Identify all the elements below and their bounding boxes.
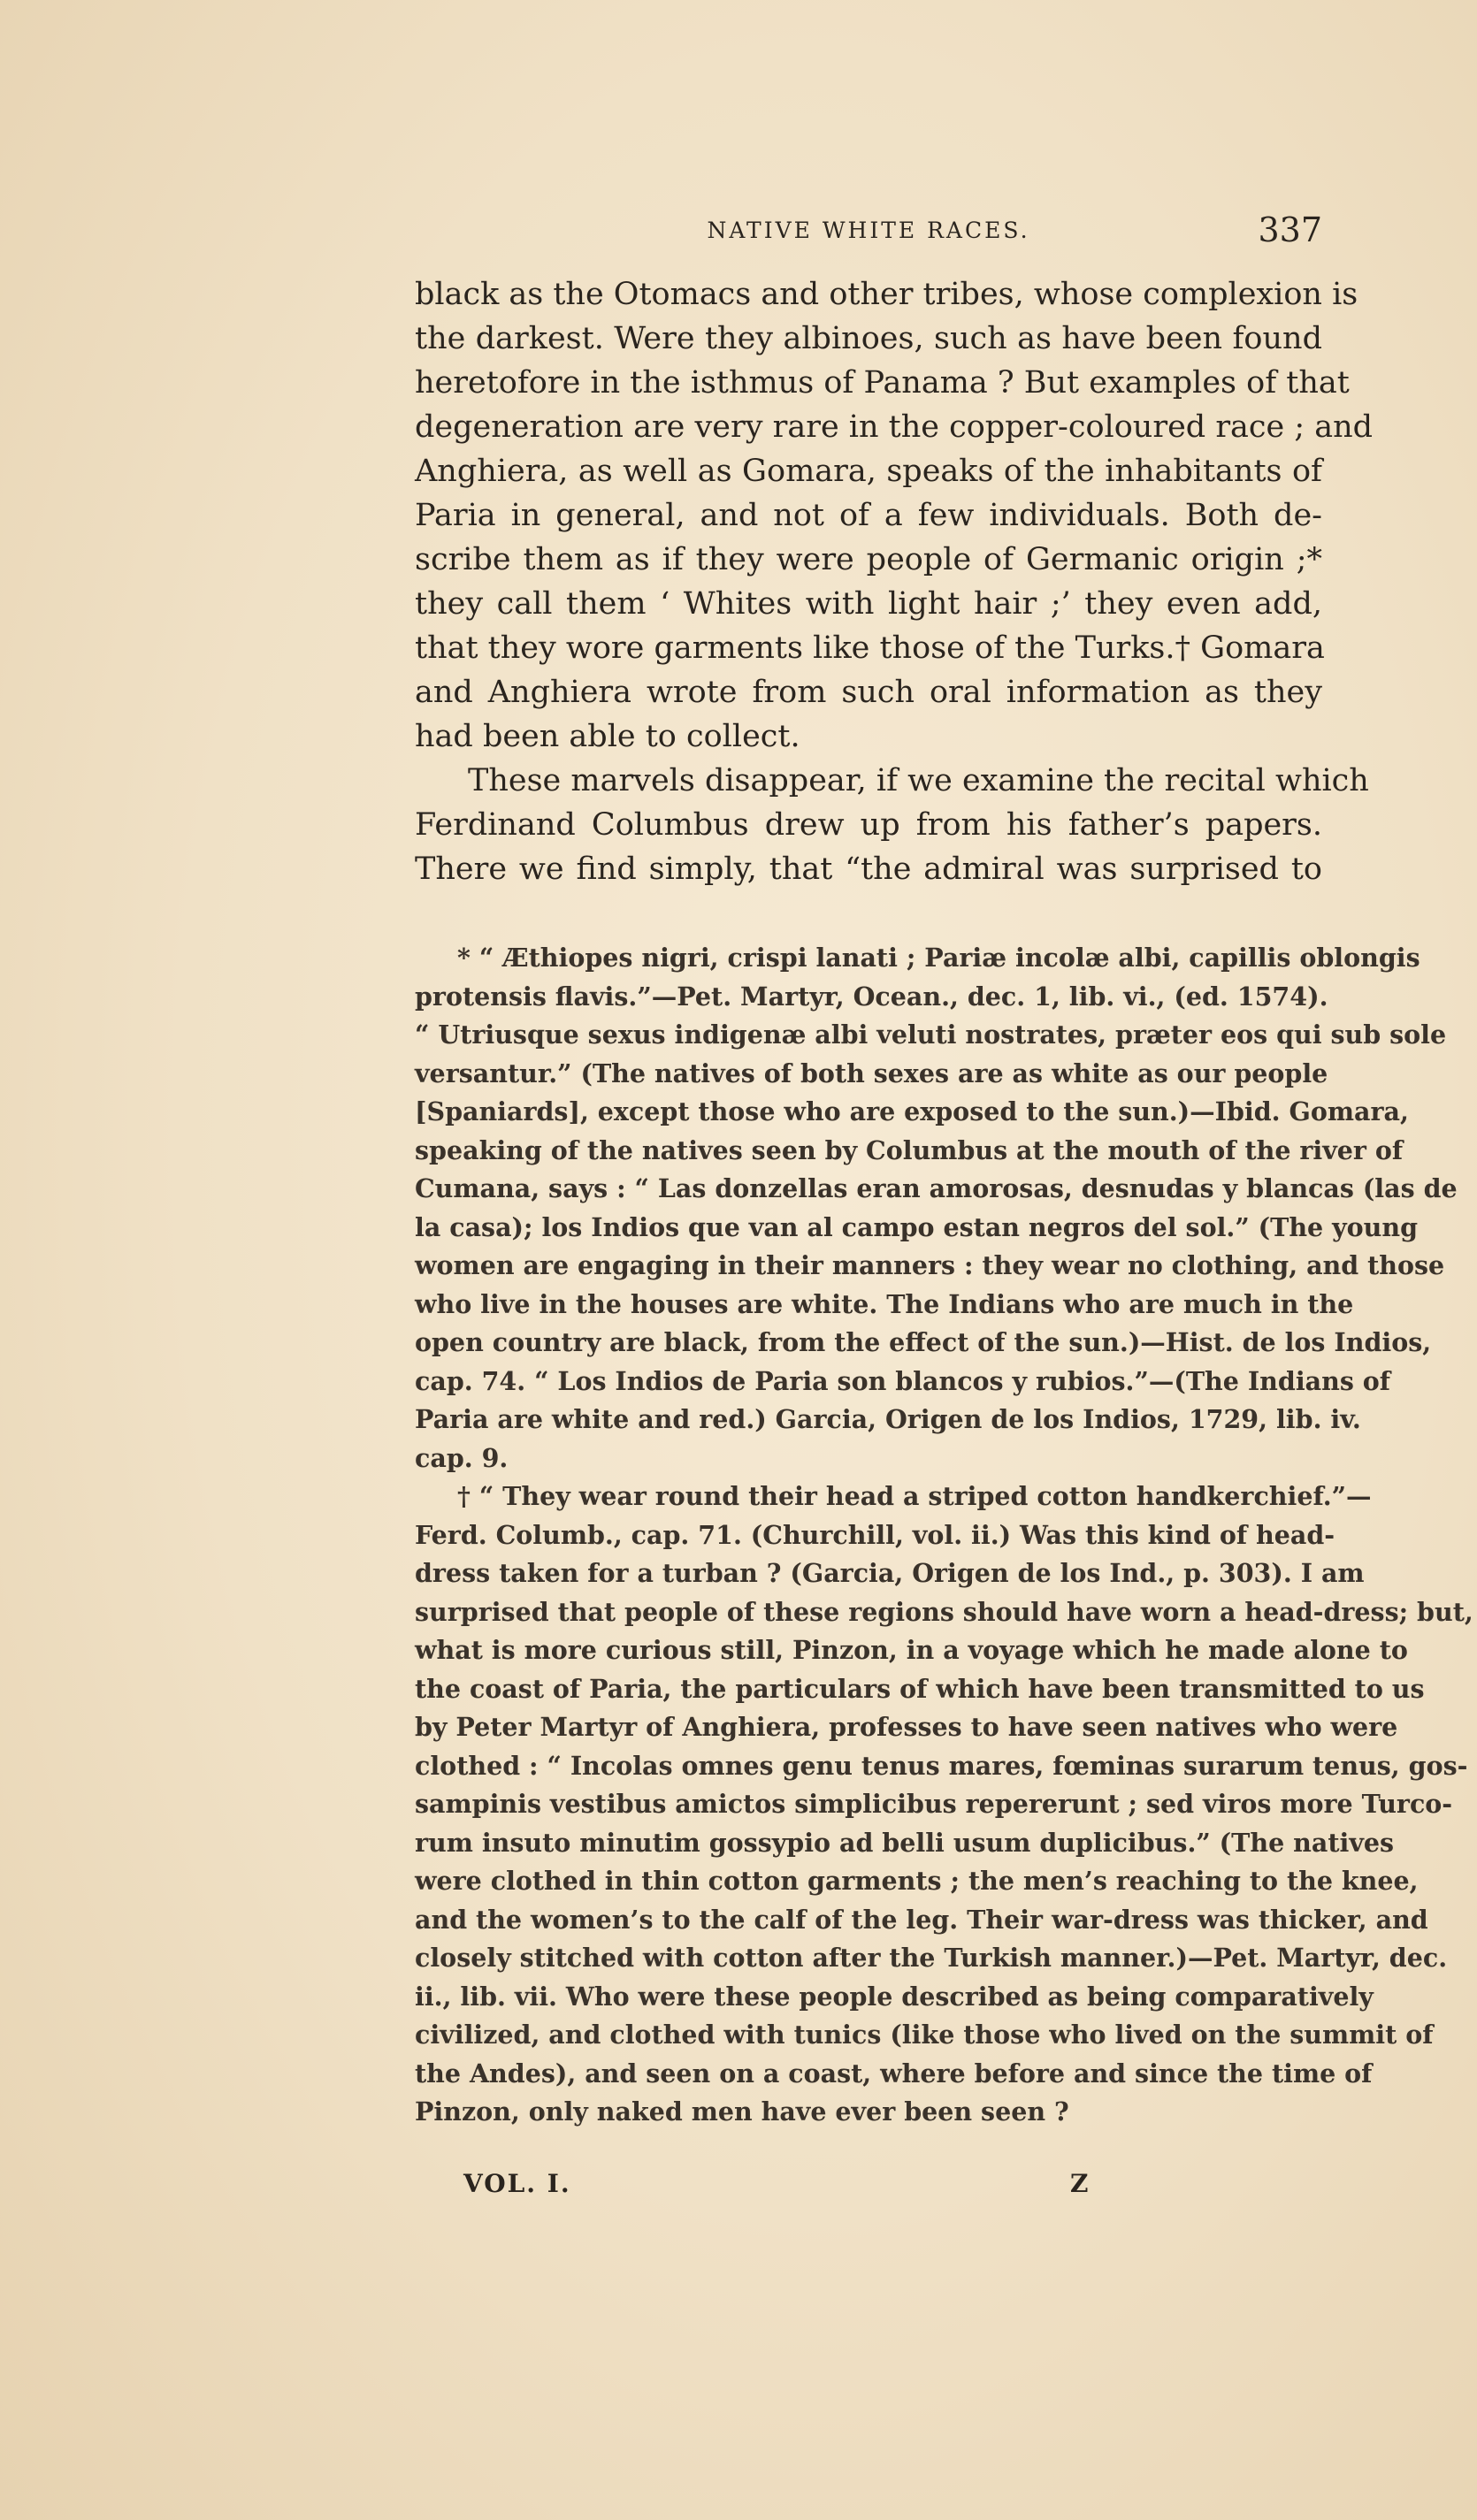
- book-page: NATIVE WHITE RACES. 337 black as the Oto…: [0, 0, 1477, 2520]
- footnote-line: sampinis vestibus amictos simplicibus re…: [415, 1785, 1322, 1824]
- footnote-line: Ferd. Columb., cap. 71. (Churchill, vol.…: [415, 1516, 1322, 1555]
- body-line: the darkest. Were they albinoes, such as…: [415, 317, 1322, 361]
- volume-signature: VOL. I.: [463, 2169, 571, 2198]
- body-line: they call them ‘ Whites with light hair …: [415, 582, 1322, 626]
- footnote-line: open country are black, from the effect …: [415, 1324, 1322, 1363]
- footnote-line: Pinzon, only naked men have ever been se…: [415, 2093, 1322, 2132]
- running-head: NATIVE WHITE RACES. 337: [415, 210, 1322, 255]
- footnote-line: dress taken for a turban ? (Garcia, Orig…: [415, 1554, 1322, 1593]
- footnote-line: Paria are white and red.) Garcia, Origen…: [415, 1401, 1322, 1439]
- footnote-line: “ Utriusque sexus indigenæ albi veluti n…: [415, 1016, 1322, 1055]
- footnote-line: rum insuto minutim gossypio ad belli usu…: [415, 1824, 1322, 1863]
- body-line: black as the Otomacs and other tribes, w…: [415, 272, 1322, 317]
- body-line: Anghiera, as well as Gomara, speaks of t…: [415, 449, 1322, 493]
- signature-mark: Z: [1070, 2169, 1088, 2198]
- footnote-line: women are engaging in their manners : th…: [415, 1247, 1322, 1286]
- footnote-line: closely stitched with cotton after the T…: [415, 1939, 1322, 1978]
- footnote-line: the coast of Paria, the particulars of w…: [415, 1670, 1322, 1709]
- footnote-line: ii., lib. vii. Who were these people des…: [415, 1978, 1322, 2017]
- footnote-line: civilized, and clothed with tunics (like…: [415, 2016, 1322, 2055]
- footnote-line: protensis flavis.”—Pet. Martyr, Ocean., …: [415, 978, 1322, 1017]
- footnote-line: surprised that people of these regions s…: [415, 1593, 1322, 1632]
- footnote-line: and the women’s to the calf of the leg. …: [415, 1901, 1322, 1940]
- footnote-line: la casa); los Indios que van al campo es…: [415, 1209, 1322, 1248]
- footnote-line: Cumana, says : “ Las donzellas eran amor…: [415, 1170, 1322, 1209]
- body-line: There we find simply, that “the admiral …: [415, 847, 1322, 891]
- footnote-line: were clothed in thin cotton garments ; t…: [415, 1862, 1322, 1901]
- body-line: that they wore garments like those of th…: [415, 626, 1322, 670]
- running-title: NATIVE WHITE RACES.: [415, 218, 1322, 243]
- footnote-line: cap. 74. “ Los Indios de Paria son blanc…: [415, 1363, 1322, 1401]
- body-line: degeneration are very rare in the copper…: [415, 405, 1322, 449]
- body-line: Paria in general, and not of a few indiv…: [415, 493, 1322, 538]
- footnote-line: cap. 9.: [415, 1439, 1322, 1478]
- footnote-line: versantur.” (The natives of both sexes a…: [415, 1055, 1322, 1094]
- footnote-line: clothed : “ Incolas omnes genu tenus mar…: [415, 1747, 1322, 1786]
- footnote-line: what is more curious still, Pinzon, in a…: [415, 1631, 1322, 1670]
- body-line: heretofore in the isthmus of Panama ? Bu…: [415, 361, 1322, 405]
- footnote-line: † “ They wear round their head a striped…: [415, 1478, 1322, 1516]
- body-line: and Anghiera wrote from such oral inform…: [415, 670, 1322, 714]
- footnote-line: by Peter Martyr of Anghiera, professes t…: [415, 1708, 1322, 1747]
- footnotes: * “ Æthiopes nigri, crispi lanati ; Pari…: [415, 939, 1322, 2132]
- body-line: scribe them as if they were people of Ge…: [415, 538, 1322, 582]
- body-line: had been able to collect.: [415, 714, 1322, 759]
- footnote-line: who live in the houses are white. The In…: [415, 1286, 1322, 1325]
- footnote-line: the Andes), and seen on a coast, where b…: [415, 2055, 1322, 2094]
- footnote-line: speaking of the natives seen by Columbus…: [415, 1132, 1322, 1171]
- body-text: black as the Otomacs and other tribes, w…: [415, 272, 1322, 891]
- footnote-line: * “ Æthiopes nigri, crispi lanati ; Pari…: [415, 939, 1322, 978]
- body-line: Ferdinand Columbus drew up from his fath…: [415, 803, 1322, 847]
- body-line: These marvels disappear, if we examine t…: [415, 759, 1322, 803]
- page-number: 337: [1258, 210, 1322, 249]
- footnote-line: [Spaniards], except those who are expose…: [415, 1093, 1322, 1132]
